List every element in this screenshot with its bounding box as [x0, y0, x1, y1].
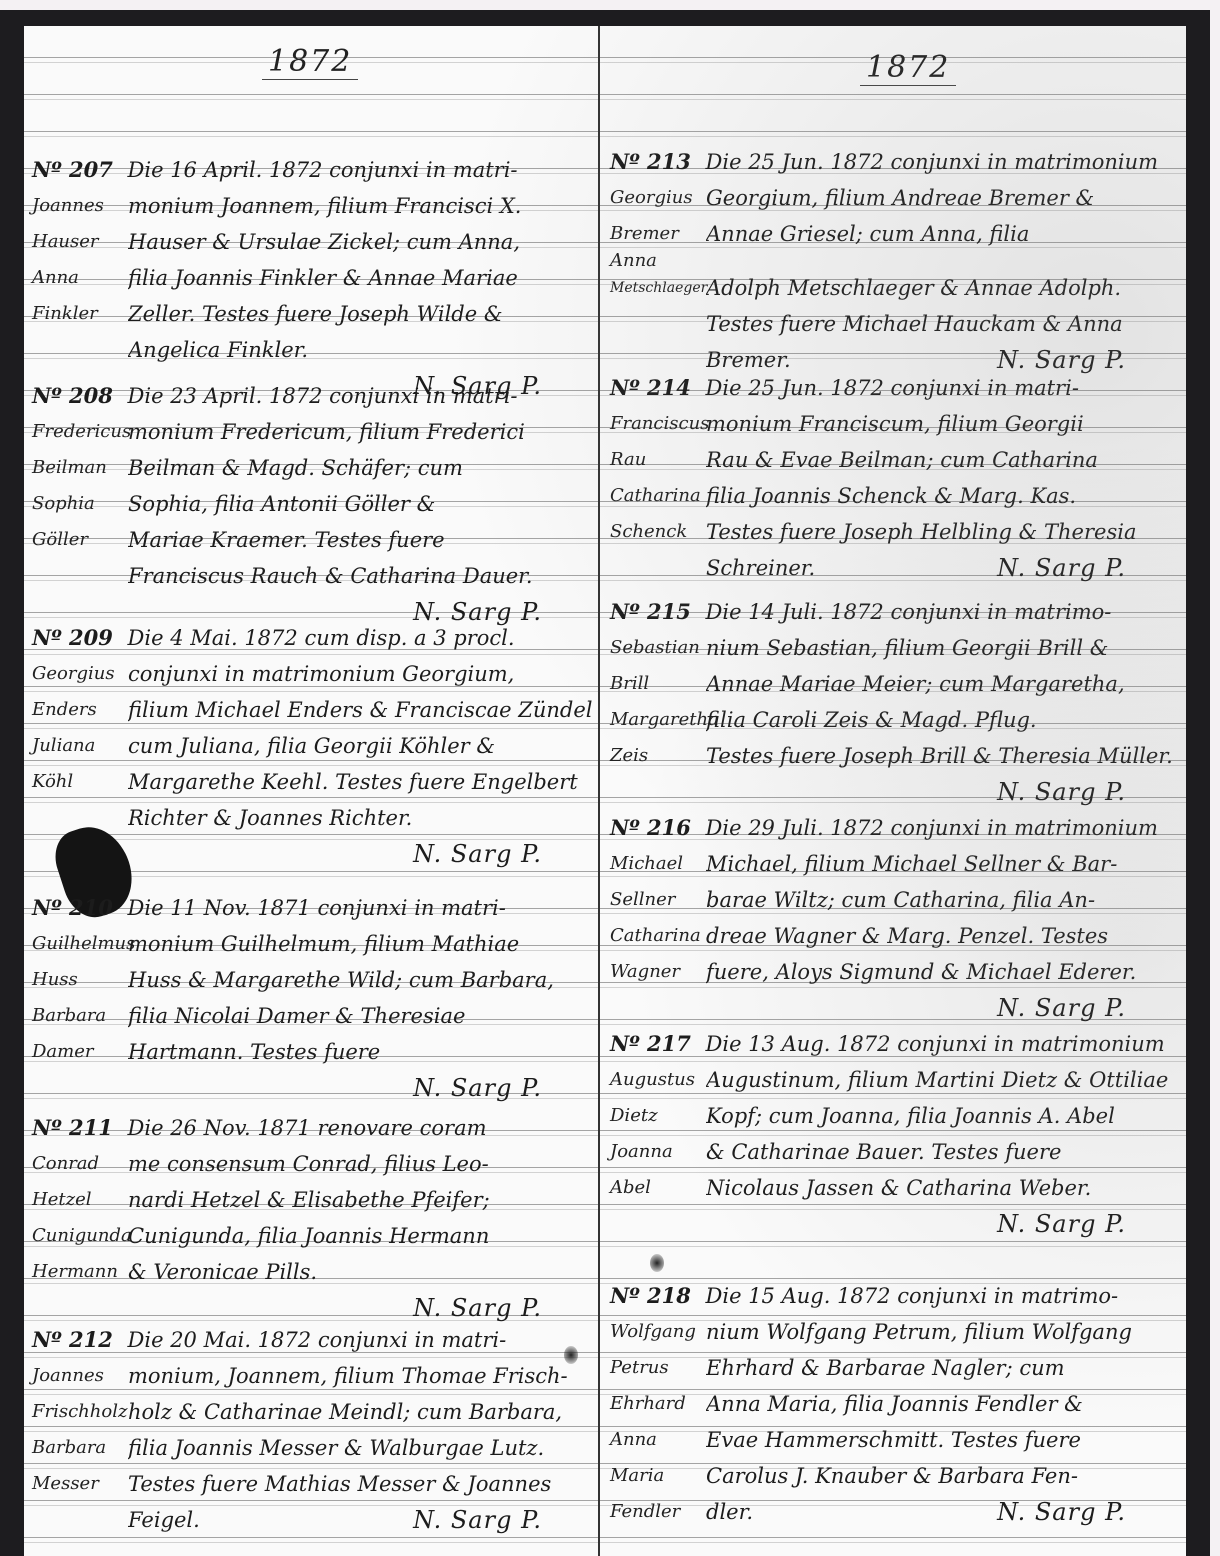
entry-text: Hauser & Ursulae Zickel; cum Anna,	[128, 224, 592, 260]
entry-text: Margarethe Keehl. Testes fuere Engelbert	[128, 764, 592, 800]
entry-text: Rau & Evae Beilman; cum Catharina	[706, 442, 1176, 478]
margin-name: Cunigunda	[32, 1218, 128, 1254]
margin-name: Göller	[32, 522, 128, 558]
entry-head-text: renovare coram	[317, 1116, 486, 1140]
margin-name: Ehrhard	[610, 1386, 706, 1422]
margin-name: Abel	[610, 1170, 706, 1206]
entry-head-text: conjunxi in matri-	[318, 1328, 506, 1352]
entry-number: Nº 212	[32, 1327, 113, 1352]
entry-text: filia Joannis Finkler & Annae Mariae	[128, 260, 592, 296]
right-column: 1872 Nº 213 Die 25 Jun. 1872 conjunxi in…	[610, 26, 1176, 1556]
margin-name: Dietz	[610, 1098, 706, 1134]
year-heading: 1872	[262, 44, 358, 80]
margin-name: Barbara	[32, 998, 128, 1034]
entry-head-text: conjunxi in matrimonium	[891, 150, 1159, 174]
margin-name: Catharina	[610, 478, 706, 514]
entry-number: Nº 217	[610, 1031, 691, 1056]
entry-text: Testes fuere Michael Hauckam & Anna	[706, 306, 1176, 342]
entry-text: Ehrhard & Barbarae Nagler; cum	[706, 1350, 1176, 1386]
entry-number: Nº 213	[610, 149, 691, 174]
entry-text: Cunigunda, filia Joannis Hermann	[128, 1218, 592, 1254]
priest-signature: N. Sarg P.	[610, 1206, 1176, 1242]
margin-name: Anna	[32, 260, 128, 296]
entry-text: filium Michael Enders & Franciscae Zünde…	[128, 692, 592, 728]
entry-text: Richter & Joannes Richter.	[128, 800, 592, 836]
entry-head-text: conjunxi in matrimo-	[890, 600, 1111, 624]
entry-head-text: conjunxi in matrimo-	[897, 1284, 1118, 1308]
priest-signature: N. Sarg P.	[32, 836, 592, 872]
margin-name: Georgius	[32, 656, 128, 692]
entry-text: Evae Hammerschmitt. Testes fuere	[706, 1422, 1176, 1458]
entry-text: Michael, filium Michael Sellner & Bar-	[706, 846, 1176, 882]
register-entry: Nº 218 Die 15 Aug. 1872 conjunxi in matr…	[610, 1278, 1176, 1530]
margin-name: Wagner	[610, 954, 706, 990]
entry-text: Testes fuere Mathias Messer & Joannes	[128, 1466, 592, 1502]
entry-date: Die 29 Juli. 1872	[706, 816, 884, 840]
entry-number: Nº 216	[610, 815, 691, 840]
entry-text: nardi Hetzel & Elisabethe Pfeifer;	[128, 1182, 592, 1218]
margin-name	[610, 550, 706, 586]
entry-text: holz & Catharinae Meindl; cum Barbara,	[128, 1394, 592, 1430]
entry-text: Huss & Margarethe Wild; cum Barbara,	[128, 962, 592, 998]
margin-name: Georgius	[610, 180, 706, 216]
register-page: 1872 Nº 207 Die 16 April. 1872 conjunxi …	[24, 26, 1186, 1556]
margin-name: Finkler	[32, 296, 128, 332]
margin-name: Rau	[610, 442, 706, 478]
margin-name: Bremer	[610, 216, 706, 252]
margin-name: Metschlaeger	[610, 270, 706, 306]
margin-name: Hermann	[32, 1254, 128, 1290]
priest-signature: N. Sarg P.	[32, 1070, 592, 1106]
margin-name: Anna	[610, 1422, 706, 1458]
margin-name	[32, 558, 128, 594]
entry-head-text: conjunxi in matri-	[317, 896, 505, 920]
margin-name: Fredericus	[32, 414, 128, 450]
entry-head-text: conjunxi in matri-	[891, 376, 1079, 400]
entry-text: nium Sebastian, filium Georgii Brill &	[706, 630, 1176, 666]
entry-text: me consensum Conrad, filius Leo-	[128, 1146, 592, 1182]
margin-name: Augustus	[610, 1062, 706, 1098]
margin-name: Messer	[32, 1466, 128, 1502]
register-entry: Nº 207 Die 16 April. 1872 conjunxi in ma…	[32, 152, 592, 404]
entry-text: Hartmann. Testes fuere	[128, 1034, 592, 1070]
margin-name: Zeis	[610, 738, 706, 774]
margin-name: Enders	[32, 692, 128, 728]
register-entry: Nº 208 Die 23 April. 1872 conjunxi in ma…	[32, 378, 592, 630]
entry-text: fuere, Aloys Sigmund & Michael Ederer.	[706, 954, 1176, 990]
margin-name: Conrad	[32, 1146, 128, 1182]
entry-number: Nº 214	[610, 375, 691, 400]
entry-date: Die 20 Mai. 1872	[128, 1328, 312, 1352]
margin-name: Michael	[610, 846, 706, 882]
margin-name: Huss	[32, 962, 128, 998]
entry-text: Mariae Kraemer. Testes fuere	[128, 522, 592, 558]
margin-name: Joannes	[32, 188, 128, 224]
entry-text: Georgium, filium Andreae Bremer &	[706, 180, 1176, 216]
entry-date: Die 26 Nov. 1871	[128, 1116, 311, 1140]
register-entry: Nº 211 Die 26 Nov. 1871 renovare coram C…	[32, 1110, 592, 1326]
margin-name: Hauser	[32, 224, 128, 260]
year-heading: 1872	[860, 50, 956, 86]
entry-text: monium Franciscum, filium Georgii	[706, 406, 1176, 442]
margin-name	[32, 800, 128, 836]
margin-name	[32, 1502, 128, 1538]
entry-text: nium Wolfgang Petrum, filium Wolfgang	[706, 1314, 1176, 1350]
entry-text: Testes fuere Joseph Brill & Theresia Mül…	[706, 738, 1176, 774]
register-entry: Nº 215 Die 14 Juli. 1872 conjunxi in mat…	[610, 594, 1176, 810]
register-entry: Nº 214 Die 25 Jun. 1872 conjunxi in matr…	[610, 370, 1176, 586]
entry-text: & Catharinae Bauer. Testes fuere	[706, 1134, 1176, 1170]
margin-name: Joanna	[610, 1134, 706, 1170]
entry-text: Angelica Finkler.	[128, 332, 592, 368]
margin-name: Catharina	[610, 918, 706, 954]
margin-name: Frischholz	[32, 1394, 128, 1430]
margin-name	[32, 332, 128, 368]
entry-text: filia Caroli Zeis & Magd. Pflug.	[706, 702, 1176, 738]
margin-name: Margaretha	[610, 702, 706, 738]
entry-text: barae Wiltz; cum Catharina, filia An-	[706, 882, 1176, 918]
entry-date: Die 14 Juli. 1872	[706, 600, 884, 624]
entry-text: filia Joannis Schenck & Marg. Kas.	[706, 478, 1176, 514]
margin-name: Hetzel	[32, 1182, 128, 1218]
entry-text: monium Guilhelmum, filium Mathiae	[128, 926, 592, 962]
entry-text: conjunxi in matrimonium Georgium,	[128, 656, 592, 692]
entry-text: Franciscus Rauch & Catharina Dauer.	[128, 558, 592, 594]
entry-number: Nº 209	[32, 625, 113, 650]
entry-text: Adolph Metschlaeger & Annae Adolph.	[706, 270, 1176, 306]
priest-signature: N. Sarg P.	[610, 990, 1176, 1026]
margin-name: Sellner	[610, 882, 706, 918]
entry-date: Die 16 April. 1872	[128, 158, 323, 182]
entry-text: Annae Mariae Meier; cum Margaretha,	[706, 666, 1176, 702]
margin-name: Wolfgang	[610, 1314, 706, 1350]
margin-name: Guilhelmus	[32, 926, 128, 962]
entry-text	[706, 252, 1176, 270]
margin-name: Sebastian	[610, 630, 706, 666]
entry-date: Die 25 Jun. 1872	[706, 376, 884, 400]
entry-head-text: cum disp. a 3 procl.	[304, 626, 514, 650]
entry-text: Testes fuere Joseph Helbling & Theresia	[706, 514, 1176, 550]
margin-name: Sophia	[32, 486, 128, 522]
page-fold-line	[598, 26, 600, 1556]
register-entry: Nº 209 Die 4 Mai. 1872 cum disp. a 3 pro…	[32, 620, 592, 872]
priest-signature: N. Sarg P.	[32, 1290, 592, 1326]
entry-text: Sophia, filia Antonii Göller &	[128, 486, 592, 522]
register-entry: Nº 212 Die 20 Mai. 1872 conjunxi in matr…	[32, 1322, 592, 1538]
entry-number: Nº 208	[32, 383, 113, 408]
entry-head-text: conjunxi in matrimonium	[897, 1032, 1165, 1056]
register-entry: Nº 213 Die 25 Jun. 1872 conjunxi in matr…	[610, 144, 1176, 378]
entry-date: Die 15 Aug. 1872	[706, 1284, 891, 1308]
margin-name: Schenck	[610, 514, 706, 550]
entry-text: filia Joannis Messer & Walburgae Lutz.	[128, 1430, 592, 1466]
entry-number: Nº 210	[32, 895, 113, 920]
margin-name: Joannes	[32, 1358, 128, 1394]
entry-text: Nicolaus Jassen & Catharina Weber.	[706, 1170, 1176, 1206]
entry-head-text: conjunxi in matrimonium	[890, 816, 1158, 840]
left-column: 1872 Nº 207 Die 16 April. 1872 conjunxi …	[32, 26, 592, 1556]
entry-text: monium, Joannem, filium Thomae Frisch-	[128, 1358, 592, 1394]
entry-text: Kopf; cum Joanna, filia Joannis A. Abel	[706, 1098, 1176, 1134]
margin-name: Petrus	[610, 1350, 706, 1386]
margin-name: Juliana	[32, 728, 128, 764]
entry-head-text: conjunxi in matri-	[329, 384, 517, 408]
entry-text: Annae Griesel; cum Anna, filia	[706, 216, 1176, 252]
entry-date: Die 23 April. 1872	[128, 384, 323, 408]
margin-name: Barbara	[32, 1430, 128, 1466]
register-entry: Nº 217 Die 13 Aug. 1872 conjunxi in matr…	[610, 1026, 1176, 1242]
entry-number: Nº 207	[32, 157, 113, 182]
margin-name: Anna	[610, 252, 706, 270]
entry-text: filia Nicolai Damer & Theresiae	[128, 998, 592, 1034]
entry-text: monium Joannem, filium Francisci X.	[128, 188, 592, 224]
margin-name: Franciscus	[610, 406, 706, 442]
entry-date: Die 25 Jun. 1872	[706, 150, 884, 174]
register-entry: Nº 216 Die 29 Juli. 1872 conjunxi in mat…	[610, 810, 1176, 1026]
margin-name	[610, 306, 706, 342]
entry-date: Die 11 Nov. 1871	[128, 896, 311, 920]
margin-name: Beilman	[32, 450, 128, 486]
entry-text: & Veronicae Pills.	[128, 1254, 592, 1290]
entry-text: Beilman & Magd. Schäfer; cum	[128, 450, 592, 486]
margin-name: Brill	[610, 666, 706, 702]
entry-date: Die 13 Aug. 1872	[706, 1032, 891, 1056]
entry-text: Augustinum, filium Martini Dietz & Ottil…	[706, 1062, 1176, 1098]
entry-text: Anna Maria, filia Joannis Fendler &	[706, 1386, 1176, 1422]
entry-number: Nº 218	[610, 1283, 691, 1308]
entry-date: Die 4 Mai. 1872	[128, 626, 298, 650]
margin-name: Fendler	[610, 1494, 706, 1530]
margin-name: Maria	[610, 1458, 706, 1494]
entry-number: Nº 215	[610, 599, 691, 624]
margin-name: Damer	[32, 1034, 128, 1070]
register-entry: Nº 210 Die 11 Nov. 1871 conjunxi in matr…	[32, 890, 592, 1106]
margin-name: Köhl	[32, 764, 128, 800]
entry-text: cum Juliana, filia Georgii Köhler &	[128, 728, 592, 764]
entry-text: Carolus J. Knauber & Barbara Fen-	[706, 1458, 1176, 1494]
entry-number: Nº 211	[32, 1115, 113, 1140]
entry-text: monium Fredericum, filium Frederici	[128, 414, 592, 450]
entry-text: dreae Wagner & Marg. Penzel. Testes	[706, 918, 1176, 954]
entry-text: Zeller. Testes fuere Joseph Wilde &	[128, 296, 592, 332]
entry-head-text: conjunxi in matri-	[329, 158, 517, 182]
priest-signature: N. Sarg P.	[610, 774, 1176, 810]
